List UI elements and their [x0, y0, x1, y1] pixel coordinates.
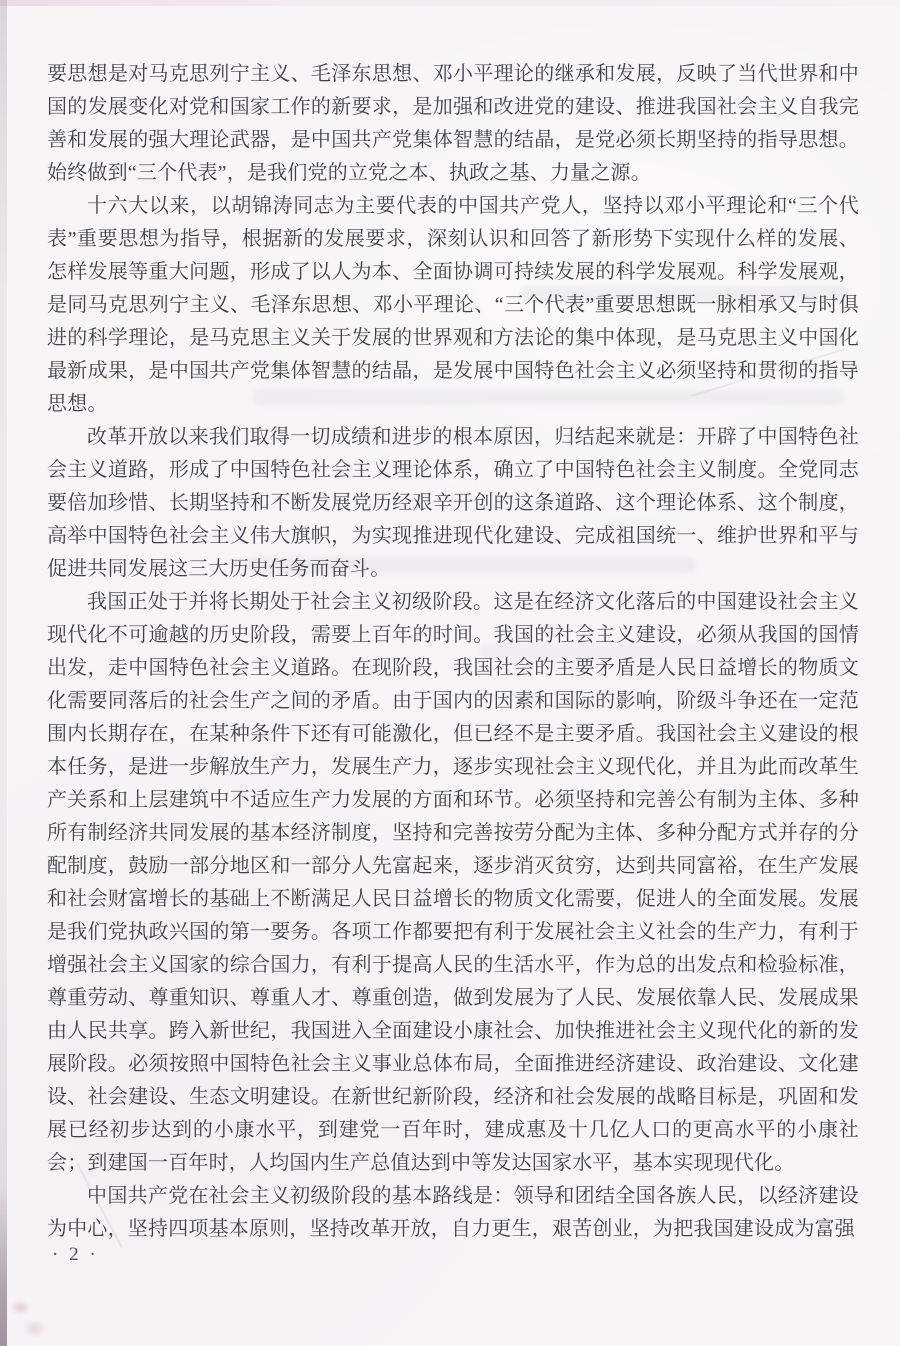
paragraph: 十六大以来，以胡锦涛同志为主要代表的中国共产党人，坚持以邓小平理论和“三个代表”…	[47, 190, 859, 421]
scan-left-edge-artifact	[0, 0, 7, 1346]
paragraph: 改革开放以来我们取得一切成绩和进步的根本原因，归结起来就是：开辟了中国特色社会主…	[47, 421, 859, 586]
scanned-page: 要思想是对马克思列宁主义、毛泽东思想、邓小平理论的继承和发展，反映了当代世界和中…	[0, 0, 900, 1346]
scan-top-edge-artifact	[0, 0, 900, 6]
pink-ink-smudge-artifact	[6, 1292, 54, 1344]
body-text: 要思想是对马克思列宁主义、毛泽东思想、邓小平理论的继承和发展，反映了当代世界和中…	[47, 58, 859, 1246]
paragraph: 中国共产党在社会主义初级阶段的基本路线是：领导和团结全国各族人民，以经济建设为中…	[47, 1180, 859, 1246]
paragraph-continuation: 要思想是对马克思列宁主义、毛泽东思想、邓小平理论的继承和发展，反映了当代世界和中…	[47, 58, 859, 190]
paragraph: 我国正处于并将长期处于社会主义初级阶段。这是在经济文化落后的中国建设社会主义现代…	[47, 586, 859, 1180]
page-number: · 2 ·	[52, 1244, 99, 1266]
